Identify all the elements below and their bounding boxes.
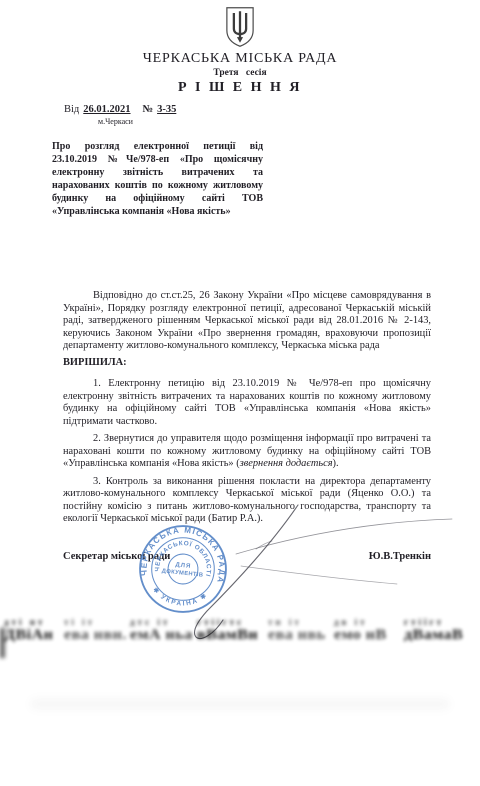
- signature-row: Секретар міської ради Ю.В.Тренкін: [63, 551, 431, 562]
- smudge-row: емо нВ: [334, 628, 387, 642]
- smudge-cluster: гтіігтс вВамВн: [197, 616, 258, 643]
- emblem-wrap: [0, 6, 480, 48]
- round-official-stamp: ЧЕРКАСЬКА МІСЬКА РАДА ЧЕРКАСЬКОЇ ОБЛАСТІ…: [127, 513, 239, 625]
- smudge-row: ева нвь: [268, 628, 326, 642]
- item-2-closing: ).: [333, 458, 339, 469]
- date-label: Від: [64, 104, 79, 115]
- document-body: Відповідно до ст.ст.25, 26 Закону Україн…: [63, 290, 431, 531]
- scanned-decision-document: ЧЕРКАСЬКА МІСЬКА РАДА Третя сесія Р І Ш …: [0, 0, 480, 786]
- date-value: 26.01.2021: [83, 104, 130, 115]
- city-label: м.Черкаси: [98, 117, 133, 126]
- item-2-italic: звернення додається: [240, 458, 333, 469]
- smudge-row: ДВіАн: [4, 628, 53, 642]
- session-line: Третя сесія: [0, 68, 480, 78]
- subject-block: Про розгляд електронної петиції від 23.1…: [52, 140, 263, 218]
- stamp-center-line2: ДОКУМЕНТІВ: [161, 568, 203, 578]
- smudge-row: ева нвн.: [64, 628, 127, 642]
- item-2: 2. Звернутися до управителя щодо розміще…: [63, 433, 431, 471]
- item-3: 3. Контроль за виконання рішення покласт…: [63, 476, 431, 526]
- intro-paragraph: Відповідно до ст.ст.25, 26 Закону Україн…: [63, 290, 431, 353]
- org-name: ЧЕРКАСЬКА МІСЬКА РАДА: [0, 51, 480, 67]
- item-1: 1. Електронну петицію від 23.10.2019 № Ч…: [63, 378, 431, 428]
- smudge-cluster: гтіїгт дВамаВ: [404, 616, 463, 643]
- faint-ghosting-artifact: [30, 698, 450, 710]
- document-header: ЧЕРКАСЬКА МІСЬКА РАДА Третя сесія Р І Ш …: [0, 0, 480, 96]
- smudge-row: емА ньа: [130, 628, 193, 642]
- smudge-cluster: ті іт ева нвн.: [64, 616, 127, 643]
- number-value: 3-35: [157, 104, 176, 115]
- dateline: Від26.01.2021№3-35 м.Черкаси: [64, 104, 176, 115]
- ink-bleedthrough-band: дті пт ДВіАн ті іт ева нвн. дтс іт емА н…: [0, 612, 480, 662]
- smudge-cluster: дв іт емо нВ: [334, 616, 387, 643]
- signatory-name: Ю.В.Тренкін: [369, 551, 431, 562]
- smudge-cluster: дтс іт емА ньа: [130, 616, 193, 643]
- stamp-center-line1: ДЛЯ: [175, 561, 192, 570]
- ukraine-tryzub-emblem-icon: [222, 6, 258, 48]
- doc-type-title: Р І Ш Е Н Н Я: [0, 80, 480, 96]
- smudge-row: дВамаВ: [404, 628, 463, 642]
- scan-edge-smear: [0, 628, 5, 658]
- smudge-cluster: тн іт ева нвь: [268, 616, 326, 643]
- resolved-label: ВИРІШИЛА:: [63, 357, 431, 370]
- number-label: №: [143, 104, 154, 115]
- smudge-row: вВамВн: [197, 628, 258, 642]
- smudge-cluster: дті пт ДВіАн: [4, 616, 53, 643]
